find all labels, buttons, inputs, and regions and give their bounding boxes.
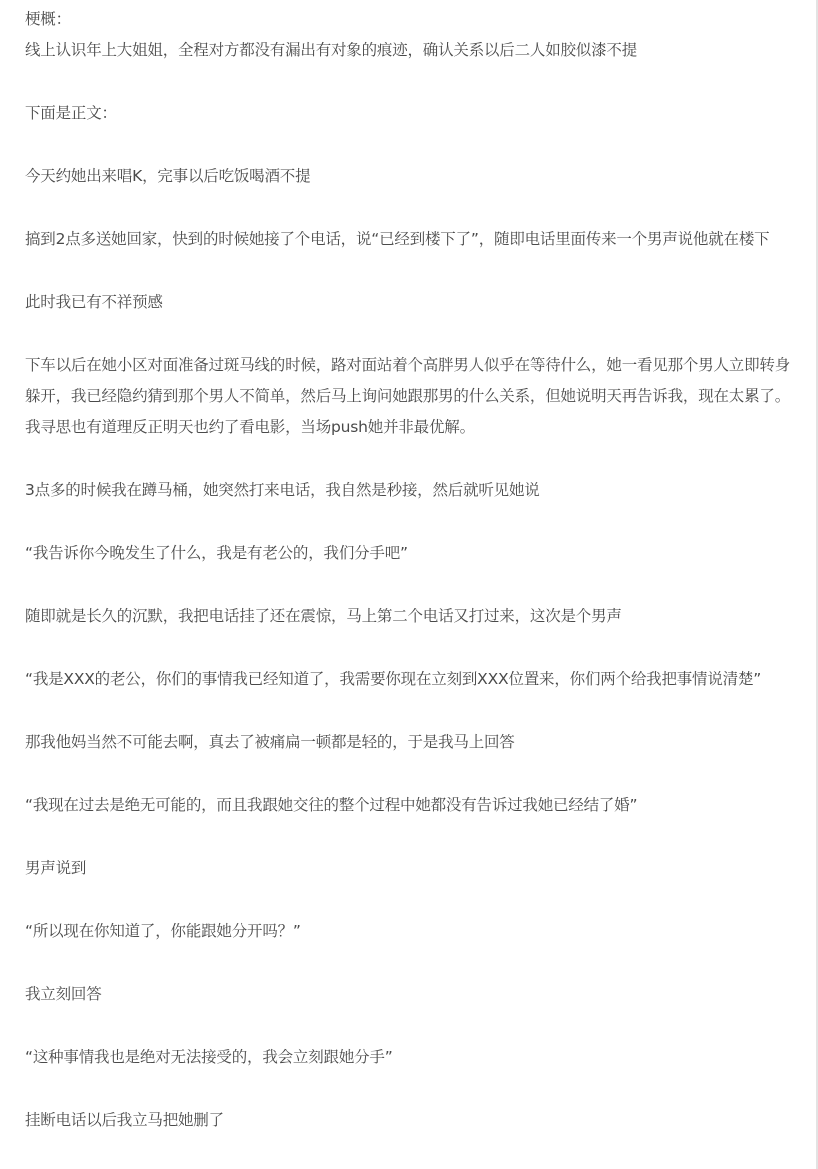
paragraph: “这种事情我也是绝对无法接受的，我会立刻跟她分手” — [25, 1042, 795, 1073]
summary-text: 线上认识年上大姐姐，全程对方都没有漏出有对象的痕迹，确认关系以后二人如胶似漆不提 — [25, 35, 795, 66]
paragraph: 我立刻回答 — [25, 979, 795, 1010]
paragraph: 今天约她出来唱K，完事以后吃饭喝酒不提 — [25, 161, 795, 192]
paragraph: 男声说到 — [25, 853, 795, 884]
body-label: 下面是正文： — [25, 98, 795, 129]
paragraph: “我是XXX的老公，你们的事情我已经知道了，我需要你现在立刻到XXX位置来，你们… — [25, 664, 795, 695]
paragraph: 随即就是长久的沉默，我把电话挂了还在震惊，马上第二个电话又打过来，这次是个男声 — [25, 601, 795, 632]
paragraph: 挂断电话以后我立马把她删了 — [25, 1105, 795, 1136]
paragraph: 搞到2点多送她回家，快到的时候她接了个电话，说“已经到楼下了”，随即电话里面传来… — [25, 224, 795, 255]
paragraph: 3点多的时候我在蹲马桶，她突然打来电话，我自然是秒接，然后就听见她说 — [25, 475, 795, 506]
paragraph: “我告诉你今晚发生了什么，我是有老公的，我们分手吧” — [25, 538, 795, 569]
paragraph: “我现在过去是绝无可能的，而且我跟她交往的整个过程中她都没有告诉过我她已经结了婚… — [25, 790, 795, 821]
article-body: 梗概： 线上认识年上大姐姐，全程对方都没有漏出有对象的痕迹，确认关系以后二人如胶… — [25, 4, 795, 1136]
paragraph: 下车以后在她小区对面准备过斑马线的时候，路对面站着个高胖男人似乎在等待什么，她一… — [25, 350, 795, 443]
paragraph: 那我他妈当然不可能去啊，真去了被痛扁一顿都是轻的，于是我马上回答 — [25, 727, 795, 758]
paragraph: 此时我已有不祥预感 — [25, 287, 795, 318]
paragraph: “所以现在你知道了，你能跟她分开吗？” — [25, 916, 795, 947]
summary-label: 梗概： — [25, 4, 795, 35]
